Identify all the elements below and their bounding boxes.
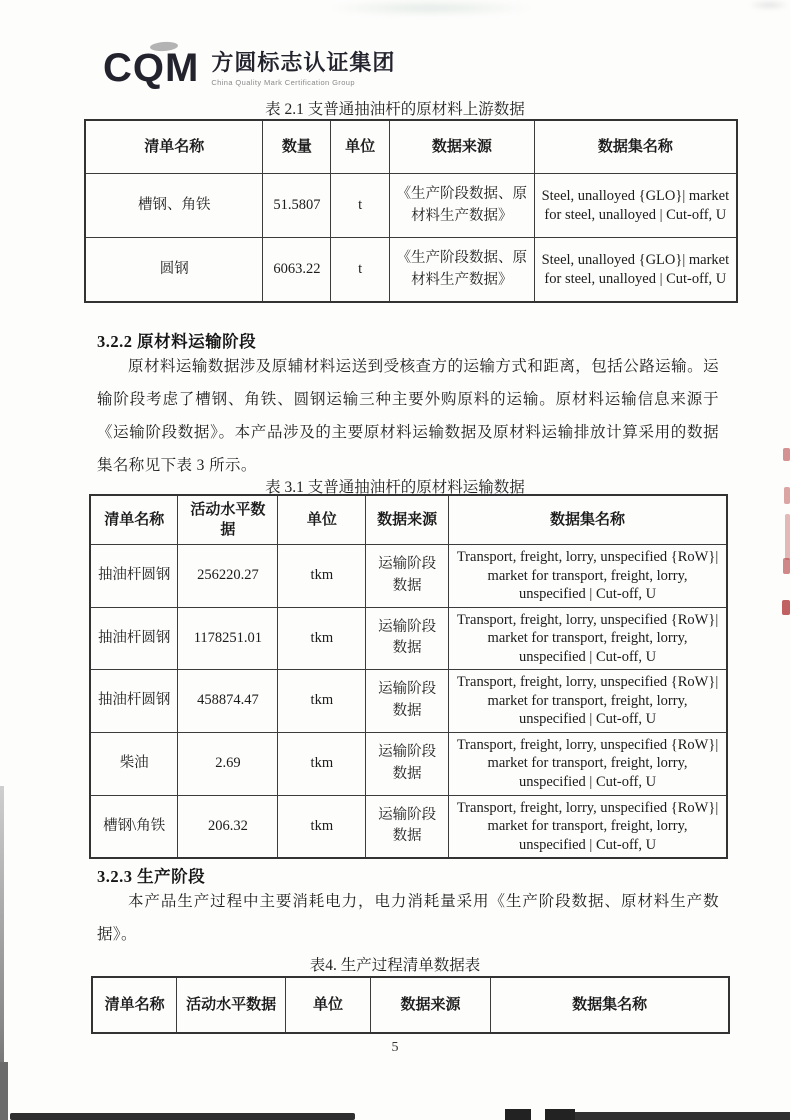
- table-cell: 1178251.01: [178, 607, 278, 670]
- red-stamp-fragment: [784, 487, 790, 504]
- table-cell: 206.32: [178, 795, 278, 858]
- column-header: 单位: [286, 977, 371, 1033]
- scan-bottom-band: [575, 1112, 790, 1120]
- column-header: 活动水平数据: [178, 495, 278, 545]
- table-row: 抽油杆圆钢1178251.01tkm运输阶段数据Transport, freig…: [90, 607, 727, 670]
- column-header: 单位: [278, 495, 366, 545]
- table-cell: 2.69: [178, 732, 278, 795]
- scan-smudge: [748, 0, 790, 10]
- scan-edge-strip: [0, 1062, 8, 1120]
- column-header: 数据来源: [370, 977, 490, 1033]
- table-cell: 运输阶段数据: [366, 607, 449, 670]
- table-cell: Transport, freight, lorry, unspecified {…: [449, 607, 727, 670]
- table-cell: 圆钢: [85, 238, 263, 303]
- column-header: 数据来源: [366, 495, 449, 545]
- column-header: 数量: [263, 120, 331, 174]
- column-header: 数据集名称: [491, 977, 729, 1033]
- column-header: 单位: [331, 120, 390, 174]
- table-row: 柴油2.69tkm运输阶段数据Transport, freight, lorry…: [90, 732, 727, 795]
- table-cell: 运输阶段数据: [366, 670, 449, 733]
- table-cell: tkm: [278, 670, 366, 733]
- scan-bottom-band: [10, 1113, 355, 1120]
- table-row: 抽油杆圆钢256220.27tkm运输阶段数据Transport, freigh…: [90, 545, 727, 608]
- table-cell: 51.5807: [263, 174, 331, 238]
- logo-names: 方圆标志认证集团 China Quality Mark Certificatio…: [211, 46, 395, 87]
- section-paragraph-323: 本产品生产过程中主要消耗电力，电力消耗量采用《生产阶段数据、原材料生产数据》。: [97, 885, 719, 951]
- section-paragraph-322: 原材料运输数据涉及原辅材料运送到受核查方的运输方式和距离，包括公路运输。运输阶段…: [97, 350, 719, 482]
- table-row: 圆钢6063.22t《生产阶段数据、原材料生产数据》Steel, unalloy…: [85, 238, 737, 303]
- table-cell: 《生产阶段数据、原材料生产数据》: [389, 174, 534, 238]
- table-cell: Steel, unalloyed {GLO}| market for steel…: [534, 174, 737, 238]
- table-header-row: 清单名称活动水平数据单位数据来源数据集名称: [90, 495, 727, 545]
- column-header: 清单名称: [92, 977, 177, 1033]
- section-heading-323: 3.2.3 生产阶段: [97, 863, 205, 887]
- table-cell: Transport, freight, lorry, unspecified {…: [449, 545, 727, 608]
- page-number: 5: [0, 1040, 790, 1056]
- table-cell: Transport, freight, lorry, unspecified {…: [449, 670, 727, 733]
- table-cell: Steel, unalloyed {GLO}| market for steel…: [534, 238, 737, 303]
- cqm-logo: CQM 方圆标志认证集团 China Quality Mark Certific…: [103, 46, 395, 90]
- section-heading-322: 3.2.2 原材料运输阶段: [97, 328, 256, 352]
- table-cell: tkm: [278, 607, 366, 670]
- table-row: 抽油杆圆钢458874.47tkm运输阶段数据Transport, freigh…: [90, 670, 727, 733]
- logo-name-english: China Quality Mark Certification Group: [211, 78, 395, 87]
- column-header: 清单名称: [85, 120, 263, 174]
- transport-data-table: 清单名称活动水平数据单位数据来源数据集名称 抽油杆圆钢256220.27tkm运…: [89, 494, 728, 859]
- table-cell: 458874.47: [178, 670, 278, 733]
- scan-bottom-band: [545, 1109, 575, 1120]
- table-cell: t: [331, 238, 390, 303]
- table-cell: 抽油杆圆钢: [90, 670, 178, 733]
- table-cell: 《生产阶段数据、原材料生产数据》: [389, 238, 534, 303]
- table-row: 槽钢、角铁51.5807t《生产阶段数据、原材料生产数据》Steel, unal…: [85, 174, 737, 238]
- table-cell: 256220.27: [178, 545, 278, 608]
- column-header: 清单名称: [90, 495, 178, 545]
- table-cell: 槽钢、角铁: [85, 174, 263, 238]
- table-cell: Transport, freight, lorry, unspecified {…: [449, 795, 727, 858]
- column-header: 数据集名称: [449, 495, 727, 545]
- upstream-materials-table: 清单名称数量单位数据来源数据集名称 槽钢、角铁51.5807t《生产阶段数据、原…: [84, 119, 738, 303]
- column-header: 数据集名称: [534, 120, 737, 174]
- table-cell: 6063.22: [263, 238, 331, 303]
- table-caption-upstream: 表 2.1 支普通抽油杆的原材料上游数据: [0, 97, 790, 119]
- column-header: 活动水平数据: [177, 977, 286, 1033]
- scan-bottom-band: [505, 1109, 531, 1120]
- red-stamp-fragment: [785, 514, 790, 560]
- red-stamp-fragment: [782, 600, 790, 615]
- production-process-table: 清单名称活动水平数据单位数据来源数据集名称: [91, 976, 730, 1034]
- table-cell: 运输阶段数据: [366, 545, 449, 608]
- logo-acronym: CQM: [103, 46, 199, 90]
- table-cell: tkm: [278, 732, 366, 795]
- cqm-logo-mark: CQM: [103, 46, 199, 90]
- table-cell: 运输阶段数据: [366, 732, 449, 795]
- table-header-row: 清单名称活动水平数据单位数据来源数据集名称: [92, 977, 729, 1033]
- table-cell: Transport, freight, lorry, unspecified {…: [449, 732, 727, 795]
- table-caption-production: 表4. 生产过程清单数据表: [0, 953, 790, 975]
- red-stamp-fragment: [783, 558, 790, 574]
- table-cell: 抽油杆圆钢: [90, 545, 178, 608]
- table-header-row: 清单名称数量单位数据来源数据集名称: [85, 120, 737, 174]
- table-row: 槽钢\角铁206.32tkm运输阶段数据Transport, freight, …: [90, 795, 727, 858]
- column-header: 数据来源: [389, 120, 534, 174]
- logo-name-chinese: 方圆标志认证集团: [211, 50, 395, 76]
- table-cell: tkm: [278, 795, 366, 858]
- table-cell: t: [331, 174, 390, 238]
- table-cell: 运输阶段数据: [366, 795, 449, 858]
- red-stamp-fragment: [783, 448, 790, 461]
- table-cell: 抽油杆圆钢: [90, 607, 178, 670]
- scan-smudge: [325, 0, 535, 16]
- table-cell: 柴油: [90, 732, 178, 795]
- table-cell: 槽钢\角铁: [90, 795, 178, 858]
- table-cell: tkm: [278, 545, 366, 608]
- document-page: CQM 方圆标志认证集团 China Quality Mark Certific…: [0, 0, 790, 1120]
